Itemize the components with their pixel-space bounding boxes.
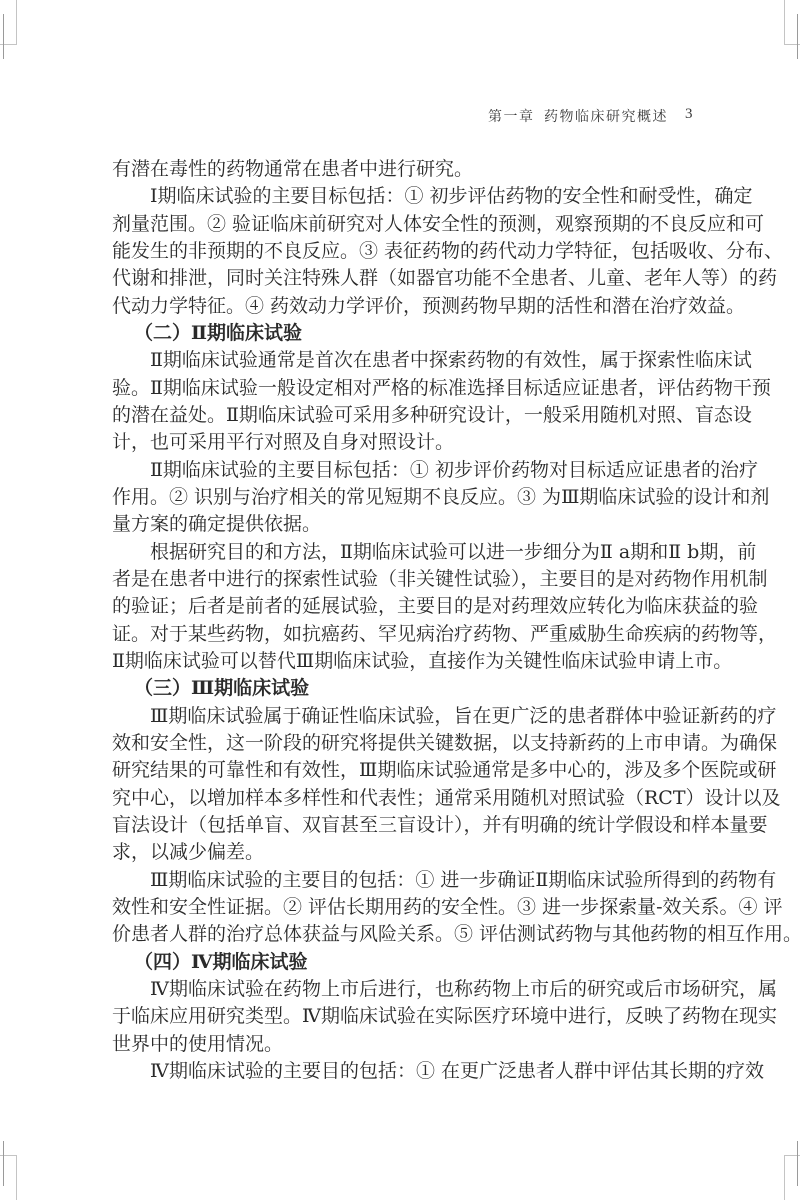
text-line: Ⅱ期临床试验的主要目标包括：① 初步评价药物对目标适应证患者的治疗 bbox=[112, 457, 696, 484]
text-line: 效性和安全性证据。② 评估长期用药的安全性。③ 进一步探索量-效关系。④ 评 bbox=[112, 894, 696, 921]
crop-mark-bottom-right-v2 bbox=[797, 1141, 798, 1186]
page-number: 3 bbox=[685, 106, 694, 123]
crop-mark-top-left-v2 bbox=[3, 14, 4, 59]
text-line: 作用。② 识别与治疗相关的常见短期不良反应。③ 为Ⅲ期临床试验的设计和剂 bbox=[112, 484, 696, 511]
section-heading: （三）Ⅲ期临床试验 bbox=[112, 675, 696, 702]
text-line: Ⅲ期临床试验属于确证性临床试验，旨在更广泛的患者群体中验证新药的疗 bbox=[112, 703, 696, 730]
text-line: 剂量范围。② 验证临床前研究对人体安全性的预测，观察预期的不良反应和可 bbox=[112, 211, 696, 238]
text-line: 价患者人群的治疗总体获益与风险关系。⑤ 评估测试药物与其他药物的相互作用。 bbox=[112, 921, 696, 948]
text-line: 研究结果的可靠性和有效性，Ⅲ期临床试验通常是多中心的，涉及多个医院或研 bbox=[112, 757, 696, 784]
text-line: 的验证；后者是前者的延展试验，主要目的是对药理效应转化为临床获益的验 bbox=[112, 593, 696, 620]
text-line: 验。Ⅱ期临床试验一般设定相对严格的标准选择目标适应证患者，评估药物干预 bbox=[112, 375, 696, 402]
text-line: 盲法设计（包括单盲、双盲甚至三盲设计），并有明确的统计学假设和样本量要 bbox=[112, 812, 696, 839]
crop-mark-bottom-left-v bbox=[16, 1155, 17, 1200]
page-body: 有潜在毒性的药物通常在患者中进行研究。Ⅰ期临床试验的主要目标包括：① 初步评估药… bbox=[112, 156, 696, 1085]
section-heading: （四）Ⅳ期临床试验 bbox=[112, 949, 696, 976]
text-line: 者是在患者中进行的探索性试验（非关键性试验），主要目的是对药物作用机制 bbox=[112, 566, 696, 593]
text-line: 效和安全性，这一阶段的研究将提供关键数据，以支持新药的上市申请。为确保 bbox=[112, 730, 696, 757]
running-head: 第一章 药物临床研究概述 3 bbox=[480, 106, 696, 130]
text-line: 计，也可采用平行对照及自身对照设计。 bbox=[112, 429, 696, 456]
text-line: 代动力学特征。④ 药效动力学评价，预测药物早期的活性和潜在治疗效益。 bbox=[112, 293, 696, 320]
text-line: Ⅳ期临床试验在药物上市后进行，也称药物上市后的研究或后市场研究，属 bbox=[112, 976, 696, 1003]
text-line: 究中心，以增加样本多样性和代表性；通常采用随机对照试验（RCT）设计以及 bbox=[112, 785, 696, 812]
text-line: 的潜在益处。Ⅱ期临床试验可采用多种研究设计，一般采用随机对照、盲态设 bbox=[112, 402, 696, 429]
text-line: 求，以减少偏差。 bbox=[112, 839, 696, 866]
crop-mark-top-left-v bbox=[16, 0, 17, 45]
text-line: 能发生的非预期的不良反应。③ 表征药物的药代动力学特征，包括吸收、分布、 bbox=[112, 238, 696, 265]
text-line: 量方案的确定提供依据。 bbox=[112, 511, 696, 538]
crop-mark-top-right-v bbox=[784, 0, 785, 45]
text-line: Ⅱ期临床试验通常是首次在患者中探索药物的有效性，属于探索性临床试 bbox=[112, 347, 696, 374]
crop-mark-bottom-left-v2 bbox=[3, 1141, 4, 1186]
text-line: Ⅰ期临床试验的主要目标包括：① 初步评估药物的安全性和耐受性，确定 bbox=[112, 183, 696, 210]
text-line: 根据研究目的和方法，Ⅱ期临床试验可以进一步细分为Ⅱ a期和Ⅱ b期，前 bbox=[112, 539, 696, 566]
crop-mark-top-right-v2 bbox=[797, 14, 798, 59]
text-line: 有潜在毒性的药物通常在患者中进行研究。 bbox=[112, 156, 696, 183]
running-head-title: 药物临床研究概述 bbox=[544, 106, 668, 126]
text-line: 于临床应用研究类型。Ⅳ期临床试验在实际医疗环境中进行，反映了药物在现实 bbox=[112, 1003, 696, 1030]
running-head-chapter: 第一章 bbox=[488, 106, 535, 126]
text-line: 证。对于某些药物，如抗癌药、罕见病治疗药物、严重威胁生命疾病的药物等， bbox=[112, 621, 696, 648]
text-line: 世界中的使用情况。 bbox=[112, 1031, 696, 1058]
text-line: Ⅲ期临床试验的主要目的包括：① 进一步确证Ⅱ期临床试验所得到的药物有 bbox=[112, 867, 696, 894]
text-line: Ⅳ期临床试验的主要目的包括：① 在更广泛患者人群中评估其长期的疗效 bbox=[112, 1058, 696, 1085]
text-line: 代谢和排泄，同时关注特殊人群（如器官功能不全患者、儿童、老年人等）的药 bbox=[112, 265, 696, 292]
crop-mark-bottom-right-v bbox=[784, 1155, 785, 1200]
text-line: Ⅱ期临床试验可以替代Ⅲ期临床试验，直接作为关键性临床试验申请上市。 bbox=[112, 648, 696, 675]
section-heading: （二）Ⅱ期临床试验 bbox=[112, 320, 696, 347]
